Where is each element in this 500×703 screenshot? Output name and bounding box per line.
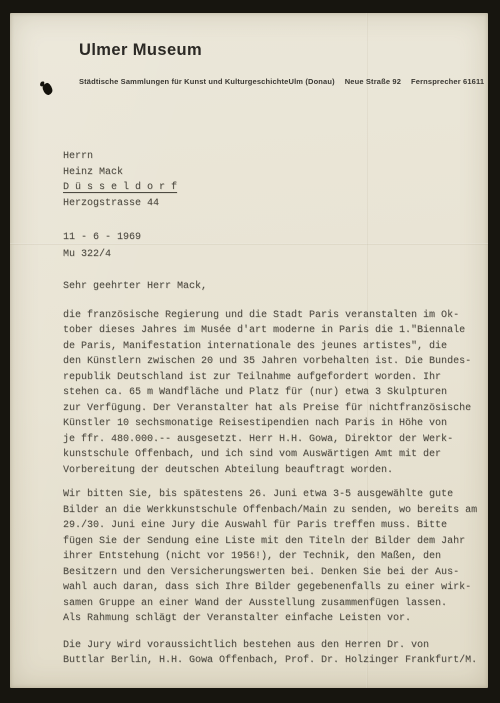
scan-frame: Ulmer Museum Städtische Sammlungen für K…	[0, 0, 500, 703]
letterhead-phone: Fernsprecher 61611	[411, 77, 484, 86]
letterhead-contact: Ulm (Donau) Neue Straße 92 Fernsprecher …	[289, 77, 485, 86]
file-number: Mu 322/4	[63, 247, 141, 264]
letterhead-title: Ulmer Museum	[79, 42, 202, 59]
body-paragraph-1: die französische Regierung und die Stadt…	[63, 308, 481, 479]
reference-block: 11 - 6 - 1969 Mu 322/4	[63, 230, 141, 263]
recipient-name: Heinz Mack	[63, 165, 177, 181]
body-paragraph-3: Die Jury wird voraussichtlich bestehen a…	[63, 638, 481, 669]
salutation: Sehr geehrter Herr Mack,	[63, 279, 481, 295]
letter-date: 11 - 6 - 1969	[63, 230, 141, 247]
letter-body: Sehr geehrter Herr Mack, die französisch…	[63, 279, 481, 669]
letterhead-info-row: Städtische Sammlungen für Kunst und Kult…	[79, 77, 473, 86]
recipient-salutation-line: Herrn	[63, 149, 177, 165]
ink-blot-mark	[41, 82, 53, 96]
letter-page: Ulmer Museum Städtische Sammlungen für K…	[10, 13, 488, 688]
letterhead-city: Ulm (Donau)	[289, 77, 335, 86]
letterhead-subtitle: Städtische Sammlungen für Kunst und Kult…	[79, 77, 289, 86]
recipient-street: Herzogstrasse 44	[63, 196, 177, 212]
letterhead-street: Neue Straße 92	[345, 77, 401, 86]
body-paragraph-2: Wir bitten Sie, bis spätestens 26. Juni …	[63, 487, 481, 627]
recipient-address-block: Herrn Heinz Mack D ü s s e l d o r f Her…	[63, 149, 177, 211]
recipient-city: D ü s s e l d o r f	[63, 180, 177, 196]
